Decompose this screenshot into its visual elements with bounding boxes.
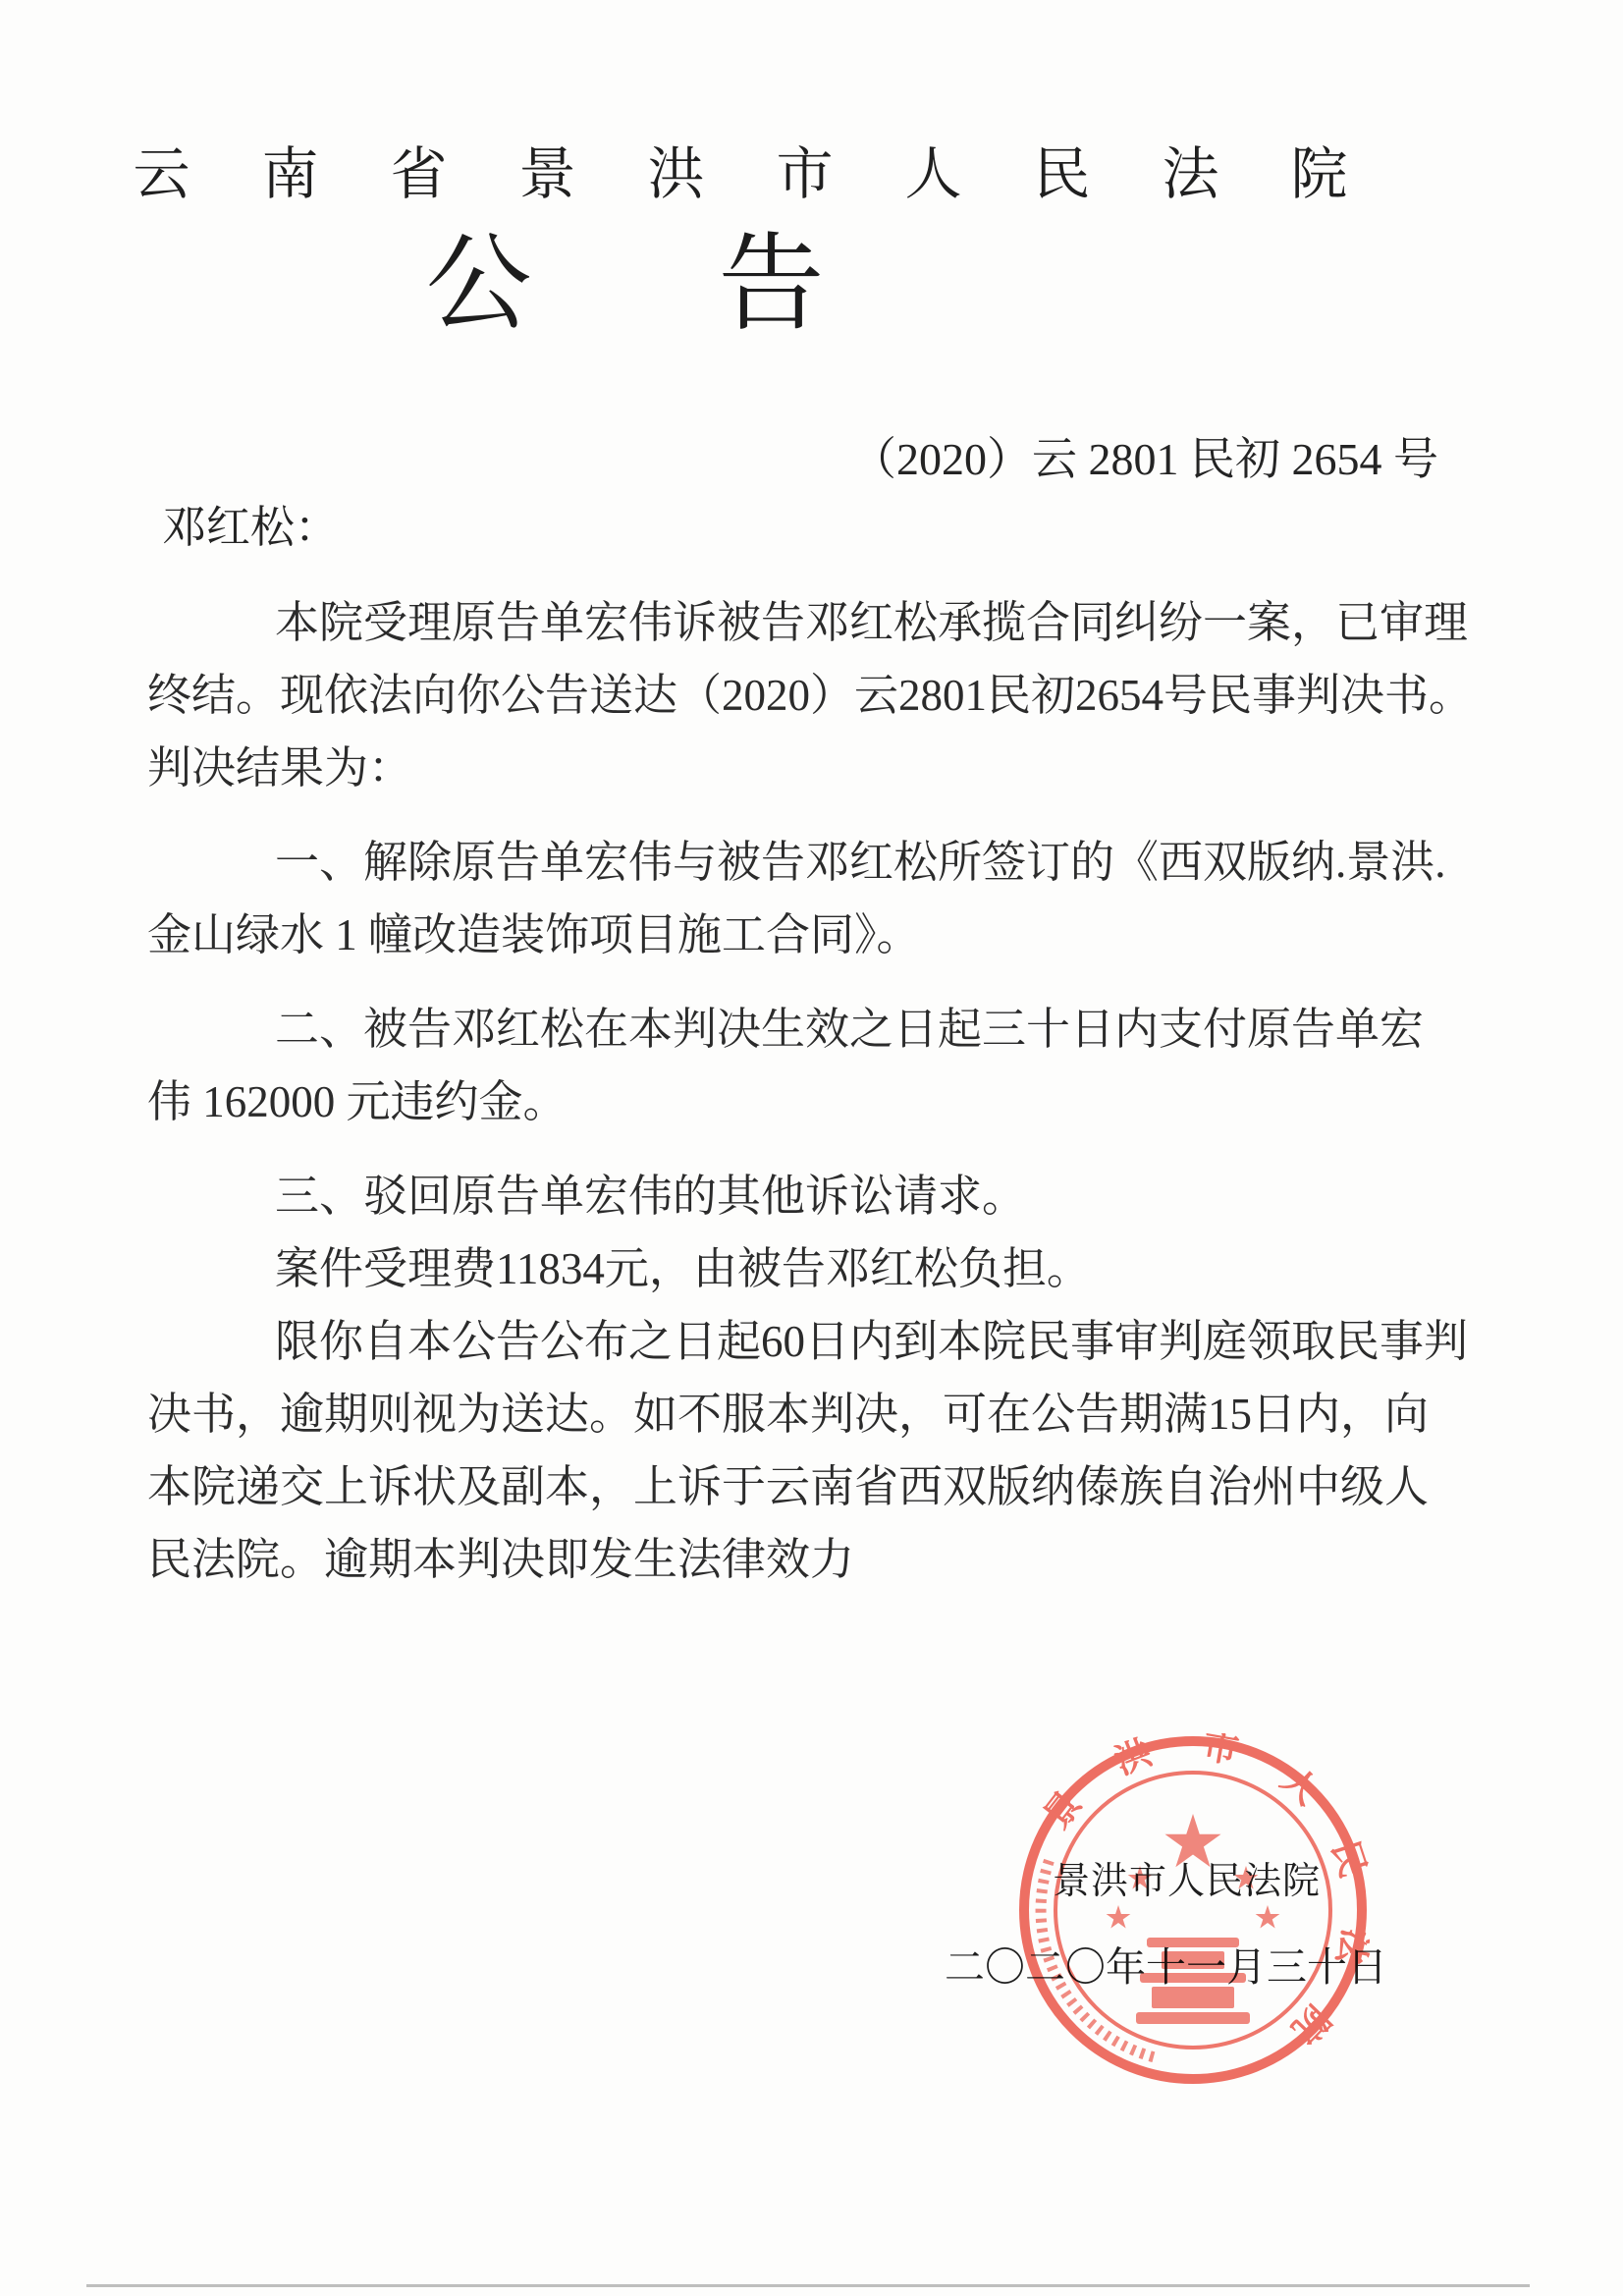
body-line: 本院递交上诉状及副本，上诉于云南省西双版纳傣族自治州中级人 <box>147 1450 1486 1523</box>
body-line: 案件受理费11834元，由被告邓红松负担。 <box>147 1232 1486 1305</box>
body-line: 伟 162000 元违约金。 <box>147 1066 1486 1138</box>
national-emblem-icon <box>1107 1814 1280 2024</box>
scanner-edge-line <box>86 2284 1530 2287</box>
body-line: 民法院。逾期本判决即发生法律效力 <box>147 1523 1486 1596</box>
body-line: 本院受理原告单宏伟诉被告邓红松承揽合同纠纷一案，已审理 <box>147 586 1486 659</box>
official-court-seal: 景洪市人民法院 <box>1016 1733 1370 2087</box>
body-line: 限你自本公告公布之日起60日内到本院民事审判庭领取民事判 <box>147 1305 1486 1378</box>
body-line: 一、解除原告单宏伟与被告邓红松所签订的《西双版纳.景洪. <box>147 826 1486 899</box>
document-body: 本院受理原告单宏伟诉被告邓红松承揽合同纠纷一案，已审理终结。现依法向你公告送达（… <box>147 586 1486 1596</box>
court-header-title: 云南省景洪市人民法院 <box>0 145 1588 204</box>
case-number: （2020）云 2801 民初 2654 号 <box>0 432 1623 487</box>
document-title: 公告 <box>0 232 1530 340</box>
addressee-name: 邓红松： <box>162 505 1623 551</box>
body-line: 终结。现依法向你公告送达（2020）云2801民初2654号民事判决书。 <box>147 659 1486 732</box>
body-line: 三、驳回原告单宏伟的其他诉讼请求。 <box>147 1160 1486 1232</box>
court-announcement-page: 云南省景洪市人民法院 公告 （2020）云 2801 民初 2654 号 邓红松… <box>0 0 1623 2296</box>
body-line: 金山绿水 1 幢改造装饰项目施工合同》。 <box>147 899 1486 971</box>
body-line: 决书，逾期则视为送达。如不服本判决，可在公告期满15日内，向 <box>147 1378 1486 1450</box>
body-line: 二、被告邓红松在本判决生效之日起三十日内支付原告单宏 <box>147 993 1486 1066</box>
body-line: 判决结果为： <box>147 732 1486 804</box>
